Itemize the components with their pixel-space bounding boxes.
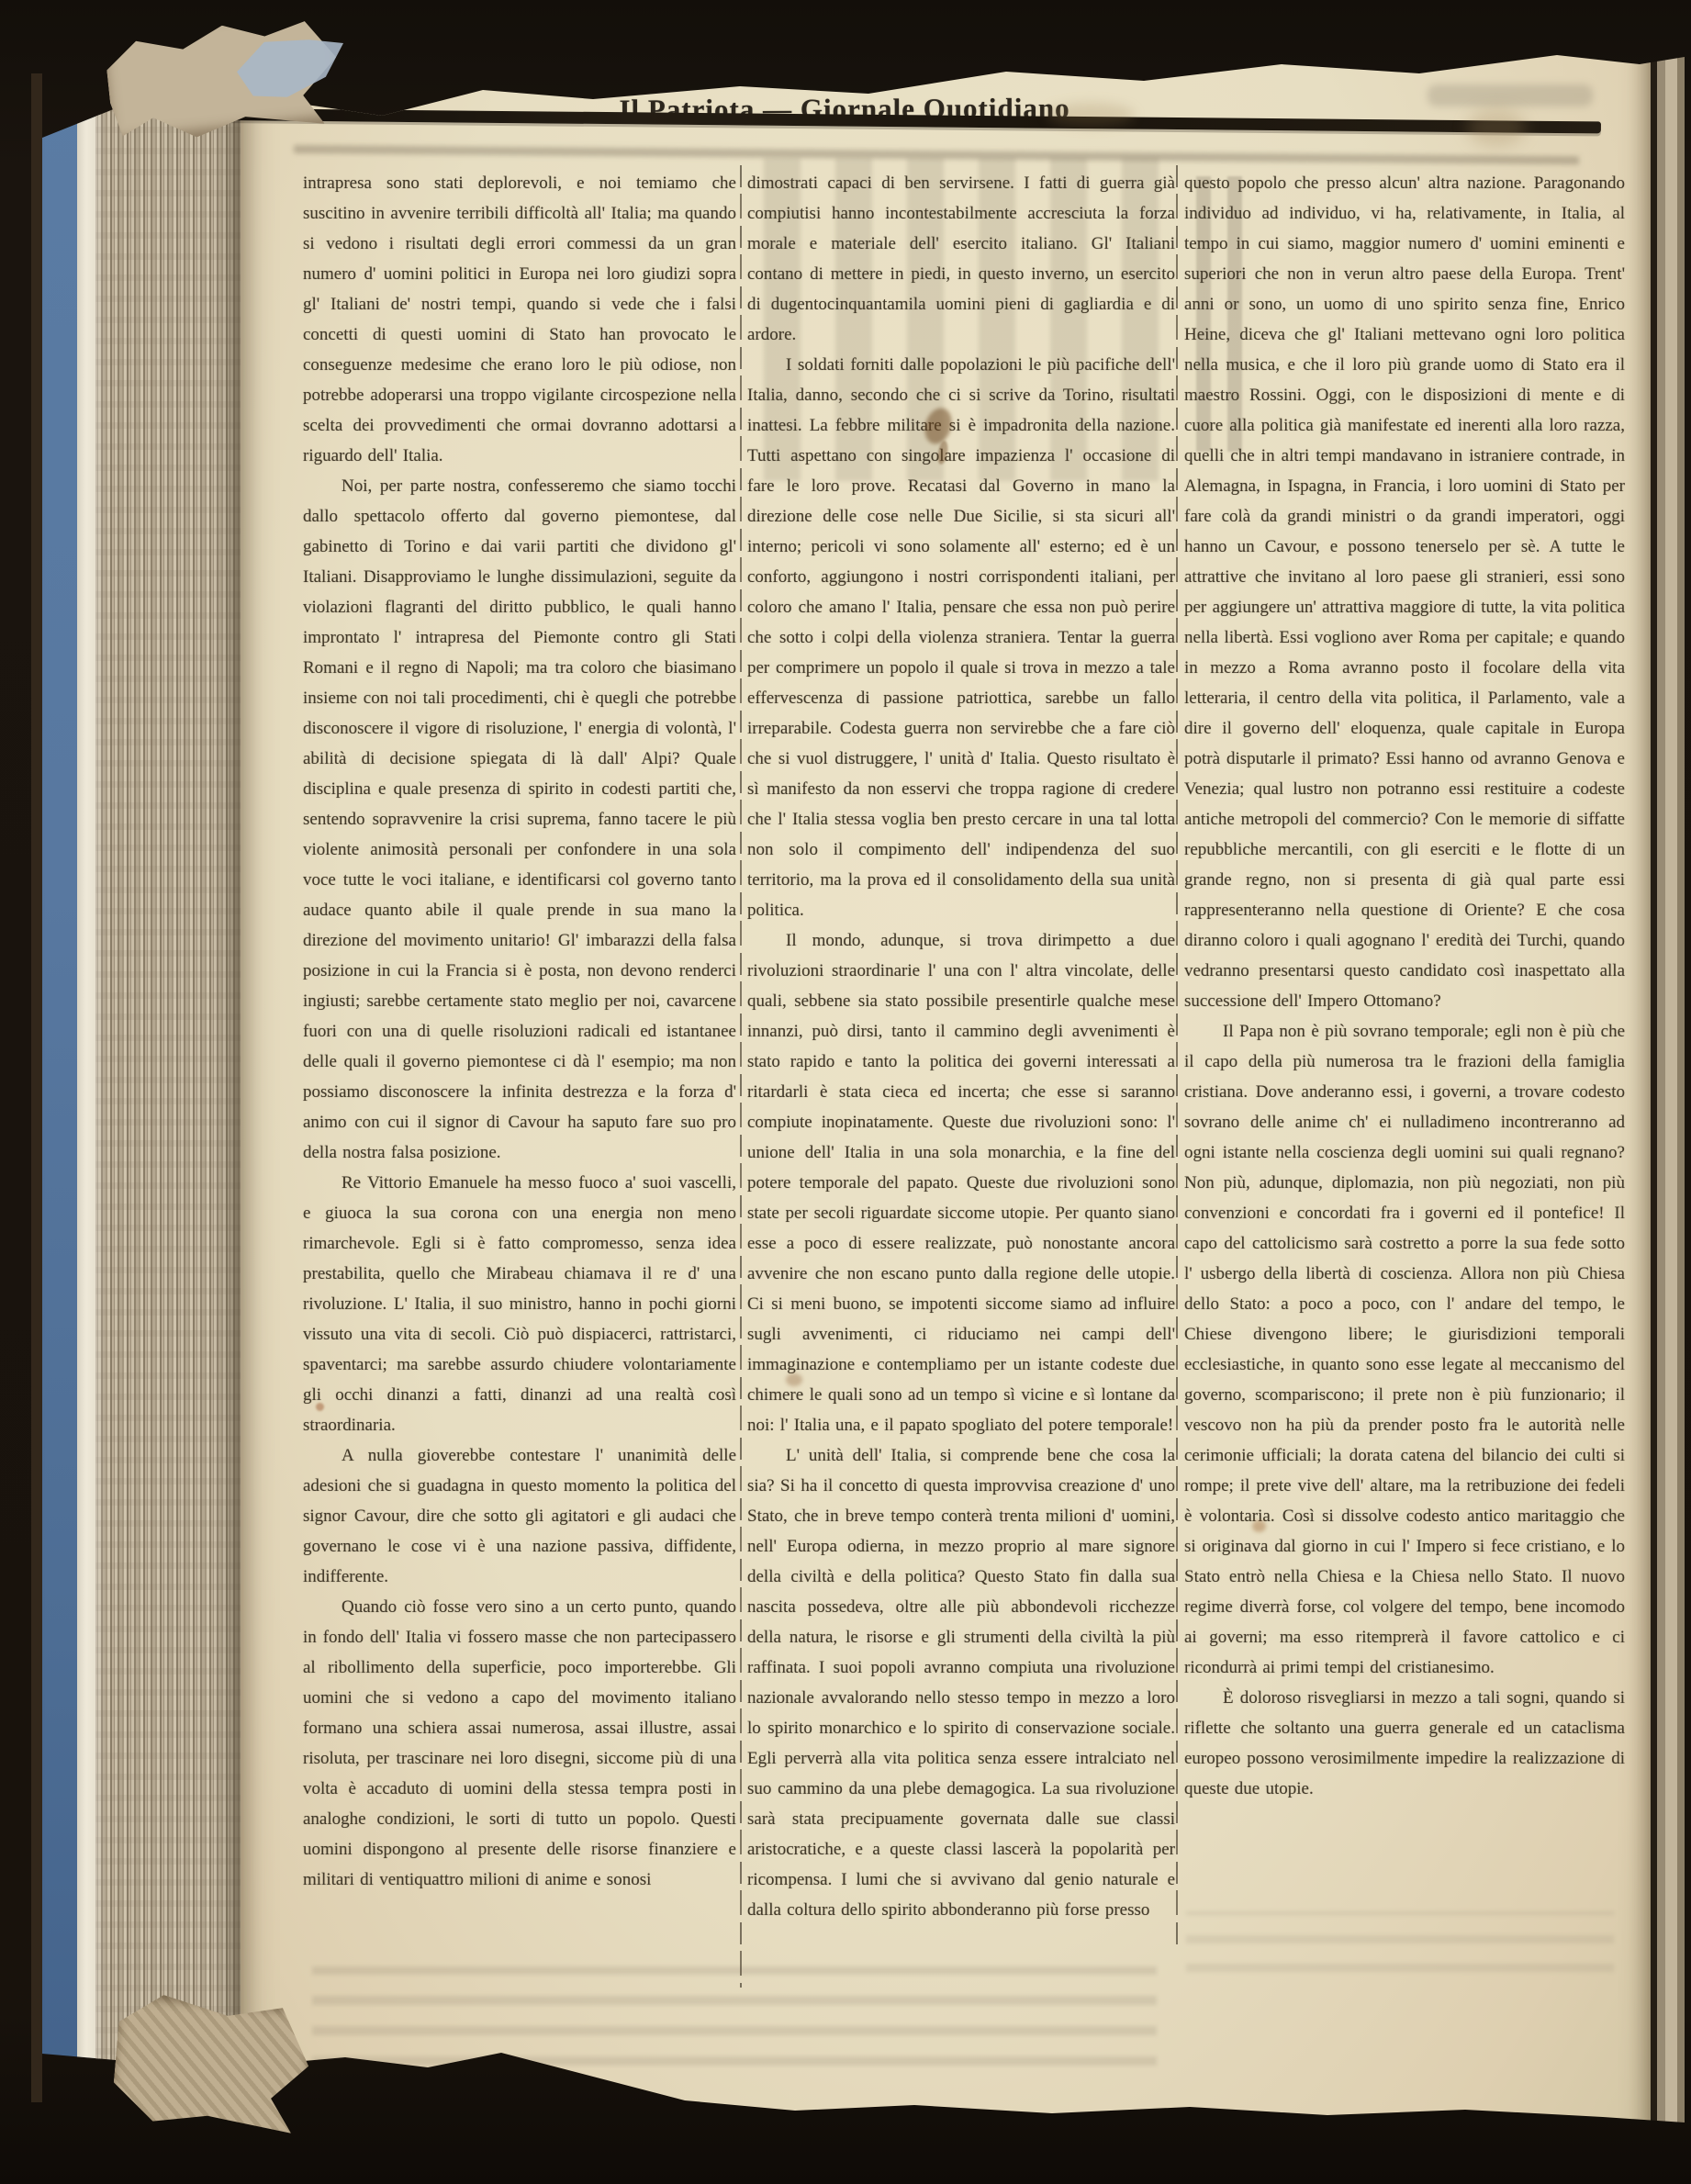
paragraph: dimostrati capaci di ben servirsene. I f… <box>747 168 1175 350</box>
paragraph: I soldati forniti dalle popolazioni le p… <box>747 350 1175 925</box>
bleed-through-ghost-bottom-left <box>312 1966 1157 2066</box>
masthead-rule-shadow <box>294 145 1579 164</box>
column-divider-left <box>740 165 742 1988</box>
inner-cover-edge <box>31 73 42 2102</box>
bleed-through-ghost-bottom-right <box>1186 1911 1614 1972</box>
paragraph: questo popolo che presso alcun' altra na… <box>1184 168 1625 1016</box>
foxing-stain <box>993 2117 1013 2132</box>
paragraph: Il Papa non è più sovrano temporale; egl… <box>1184 1016 1625 1683</box>
torn-paper-remnant-blue <box>232 26 353 106</box>
paragraph: Quando ciò fosse vero sino a un certo pu… <box>303 1592 736 1895</box>
foxing-stain <box>547 70 575 83</box>
column-divider-right <box>1176 165 1178 1951</box>
page-content: Il Patriota — Giornale Quotidiano intrap… <box>0 0 1691 2184</box>
paragraph: L' unità dell' Italia, si comprende bene… <box>747 1440 1175 1925</box>
bleed-through-smudge <box>1428 84 1593 106</box>
book-page-block: Il Patriota — Giornale Quotidiano intrap… <box>0 0 1691 2184</box>
scanned-book-photo: Il Patriota — Giornale Quotidiano intrap… <box>0 0 1691 2184</box>
paragraph: Re Vittorio Emanuele ha messo fuoco a' s… <box>303 1168 736 1440</box>
paragraph: Il mondo, adunque, si trova dirimpetto a… <box>747 925 1175 1440</box>
paragraph: È doloroso risvegliarsi in mezzo a tali … <box>1184 1683 1625 1804</box>
paragraph: intrapresa sono stati deplorevoli, e noi… <box>303 168 736 471</box>
text-column-3: questo popolo che presso alcun' altra na… <box>1184 168 1625 1804</box>
paragraph: Noi, per parte nostra, confesseremo che … <box>303 471 736 1168</box>
paragraph: A nulla gioverebbe contestare l' unanimi… <box>303 1440 736 1592</box>
text-column-2: dimostrati capaci di ben servirsene. I f… <box>747 168 1175 1925</box>
text-column-1: intrapresa sono stati deplorevoli, e noi… <box>303 168 736 1895</box>
